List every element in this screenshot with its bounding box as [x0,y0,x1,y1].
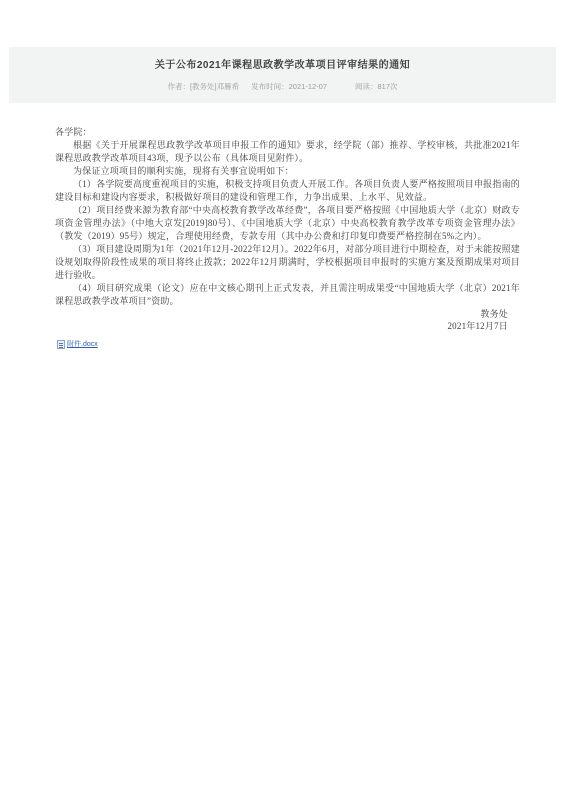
views-group: 阅读：817次 [355,81,398,92]
attachment-link[interactable]: 附件.docx [57,340,98,349]
article-header: 关于公布2021年课程思政教学改革项目评审结果的通知 作者：[教务处]邓雁希 发… [9,47,556,103]
word-document-icon [57,340,65,349]
views-label: 阅读： [355,82,378,91]
paragraph: 为保证立项项目的顺利实施，现将有关事宜说明如下： [55,165,520,178]
paragraph: （1）各学院要高度重视项目的实施，积极支持项目负责人开展工作。各项目负责人要严格… [55,178,520,204]
paragraph: 根据《关于开展课程思政教学改革项目申报工作的通知》要求，经学院（部）推荐、学校审… [55,139,520,165]
author-group: 作者：[教务处]邓雁希 [167,81,239,92]
signature-date: 2021年12月7日 [55,320,508,332]
article-body: 各学院： 根据《关于开展课程思政教学改革项目申报工作的通知》要求，经学院（部）推… [0,126,565,332]
page-title: 关于公布2021年课程思政教学改革项目评审结果的通知 [9,60,556,72]
salutation: 各学院： [55,126,520,139]
article-meta: 作者：[教务处]邓雁希 发布时间：2021-12-07 阅读：817次 [9,81,556,92]
paragraph: （2）项目经费来源为教育部“中央高校教育教学改革经费”，各项目要严格按照《中国地… [55,204,520,243]
views-count: 817次 [378,82,398,91]
paragraph: （4）项目研究成果（论文）应在中文核心期刊上正式发表，并且需注明成果受“中国地质… [55,282,520,308]
publish-label: 发布时间： [251,82,289,91]
paragraph: （3）项目建设周期为1年（2021年12月-2022年12月）。2022年6月，… [55,243,520,282]
author-label: 作者： [167,82,190,91]
publish-date: 2021-12-07 [289,82,327,91]
author-value: [教务处]邓雁希 [190,82,239,91]
attachment-row: 附件.docx [57,340,565,349]
signature-block: 教务处 2021年12月7日 [55,308,520,332]
publish-group: 发布时间：2021-12-07 [251,81,327,92]
signature-org: 教务处 [55,308,508,320]
attachment-filename: 附件.docx [67,340,98,349]
